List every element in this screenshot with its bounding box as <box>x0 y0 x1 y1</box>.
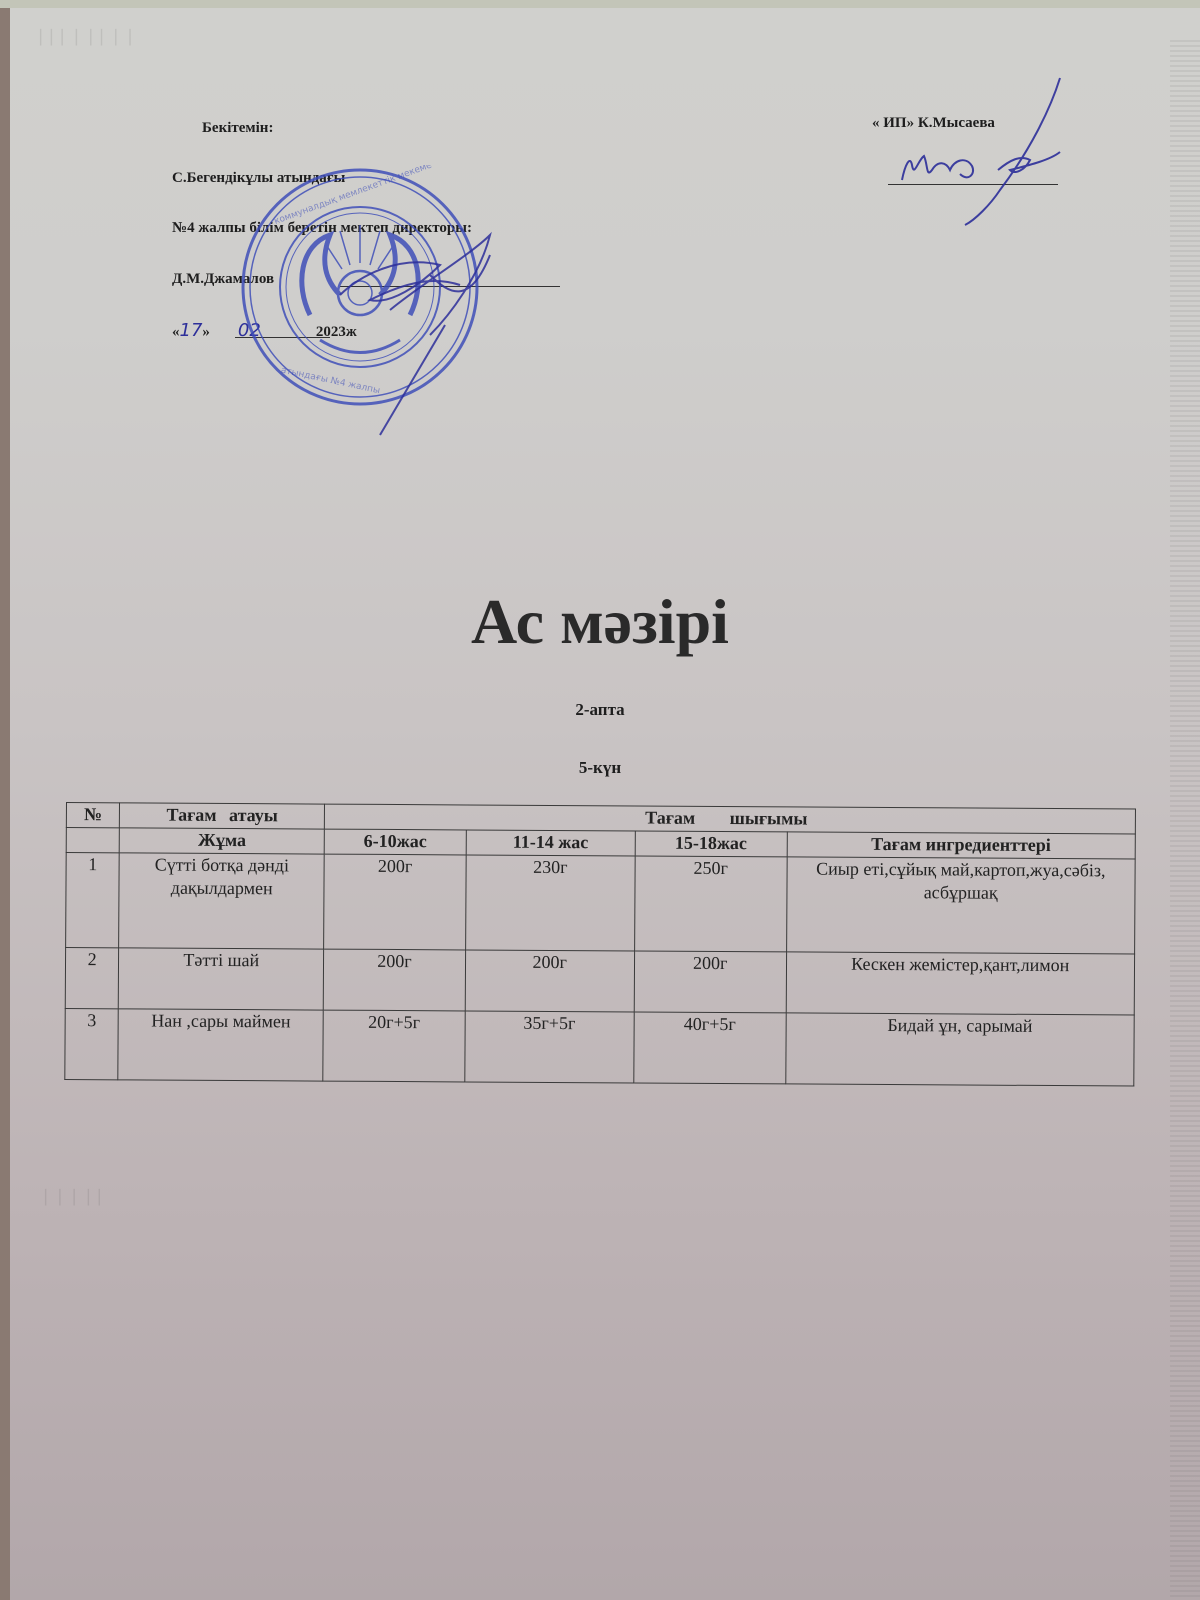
document-title: Ас мәзірі <box>0 585 1200 659</box>
cell-age-6-10: 200г <box>324 854 466 950</box>
table-row: 3 Нан ,сары маймен 20г+5г 35г+5г 40г+5г … <box>65 1008 1134 1086</box>
subheader-day-name: Жұма <box>119 828 324 854</box>
bleed-through-marks: ▏ ▏ ▏ ▏▏ <box>45 1190 109 1207</box>
bleed-through-marks: ▏▏▏ ▏ ▏▏ ▏ ▏ <box>40 30 140 47</box>
cell-age-15-18: 200г <box>634 951 786 1013</box>
cell-age-11-14: 230г <box>465 855 635 951</box>
subheader-age-15-18: 15-18жас <box>635 831 787 857</box>
table-row: 1 Сүтті ботқа дәнді дақылдармен 200г 230… <box>66 853 1136 955</box>
cell-age-11-14: 35г+5г <box>465 1011 635 1083</box>
cell-number: 1 <box>66 853 120 948</box>
header-dish-name: Тағам атауы <box>120 803 325 829</box>
day-label: 5-күн <box>0 758 1200 778</box>
date-quote-open: « <box>172 324 180 340</box>
background-strip <box>0 0 1200 8</box>
week-label: 2-апта <box>0 700 1200 720</box>
cell-dish-name: Нан ,сары маймен <box>118 1009 323 1081</box>
subheader-empty <box>66 828 119 853</box>
subheader-age-6-10: 6-10жас <box>324 829 466 855</box>
cell-age-6-10: 200г <box>323 949 465 1011</box>
cell-number: 3 <box>65 1008 119 1079</box>
cell-age-15-18: 250г <box>634 856 786 952</box>
table-row: 2 Тәтті шай 200г 200г 200г Кескен жеміст… <box>65 948 1134 1016</box>
cell-dish-name: Сүтті ботқа дәнді дақылдармен <box>119 853 325 949</box>
date-quote-close: » <box>202 324 210 340</box>
director-signature-icon <box>330 215 520 445</box>
cell-age-6-10: 20г+5г <box>323 1010 465 1082</box>
cell-ingredients: Кескен жемістер,қант,лимон <box>786 952 1135 1015</box>
cell-age-15-18: 40г+5г <box>634 1012 786 1084</box>
paper-sheet <box>10 0 1200 1600</box>
cell-number: 2 <box>65 948 119 1009</box>
approval-label: Бекітемін: <box>202 120 273 137</box>
subheader-age-11-14: 11-14 жас <box>466 830 635 856</box>
cell-dish-name: Тәтті шай <box>119 948 324 1010</box>
date-day-handwritten: 17 <box>180 320 203 341</box>
cell-ingredients: Сиыр еті,сұйық май,картоп,жуа,сәбіз, асб… <box>786 857 1135 954</box>
paper-edge-shadow <box>1170 40 1200 1600</box>
subheader-ingredients: Тағам ингредиенттері <box>787 832 1136 859</box>
cell-age-11-14: 200г <box>465 950 634 1012</box>
cell-ingredients: Бидай ұн, сарымай <box>785 1013 1134 1086</box>
supplier-signature-icon <box>880 70 1070 230</box>
menu-table: № Тағам атауы Тағам шығымы Жұма 6-10жас … <box>64 802 1136 1087</box>
header-number: № <box>66 803 119 828</box>
